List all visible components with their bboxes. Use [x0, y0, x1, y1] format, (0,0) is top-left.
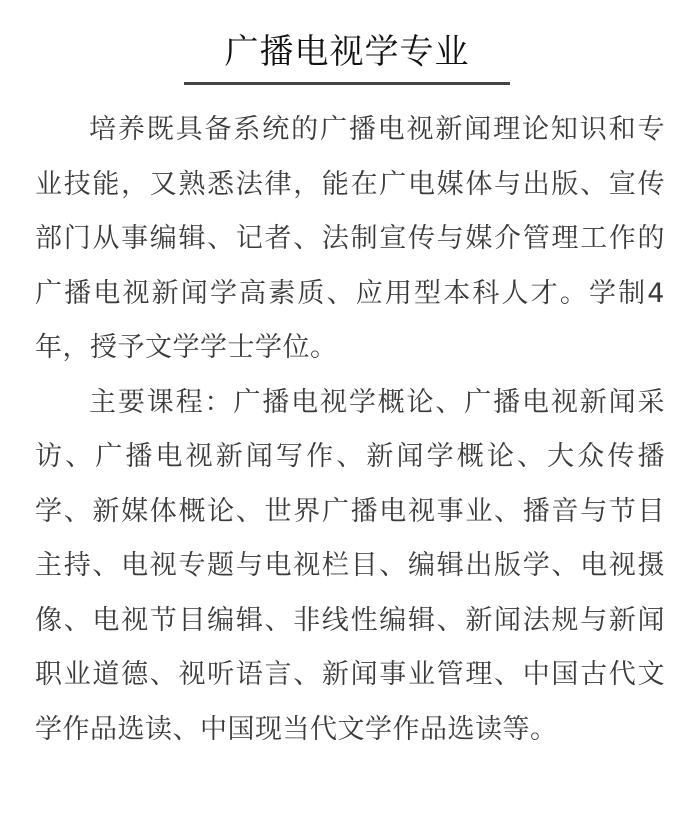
document-body: 培养既具备系统的广播电视新闻理论知识和专业技能，又熟悉法律，能在广电媒体与出版、… [35, 103, 665, 757]
page-title: 广播电视学专业 [184, 30, 510, 74]
courses-paragraph: 主要课程：广播电视学概论、广播电视新闻采访、广播电视新闻写作、新闻学概论、大众传… [35, 376, 665, 758]
title-container: 广播电视学专业 [184, 30, 510, 85]
intro-paragraph: 培养既具备系统的广播电视新闻理论知识和专业技能，又熟悉法律，能在广电媒体与出版、… [35, 103, 665, 376]
